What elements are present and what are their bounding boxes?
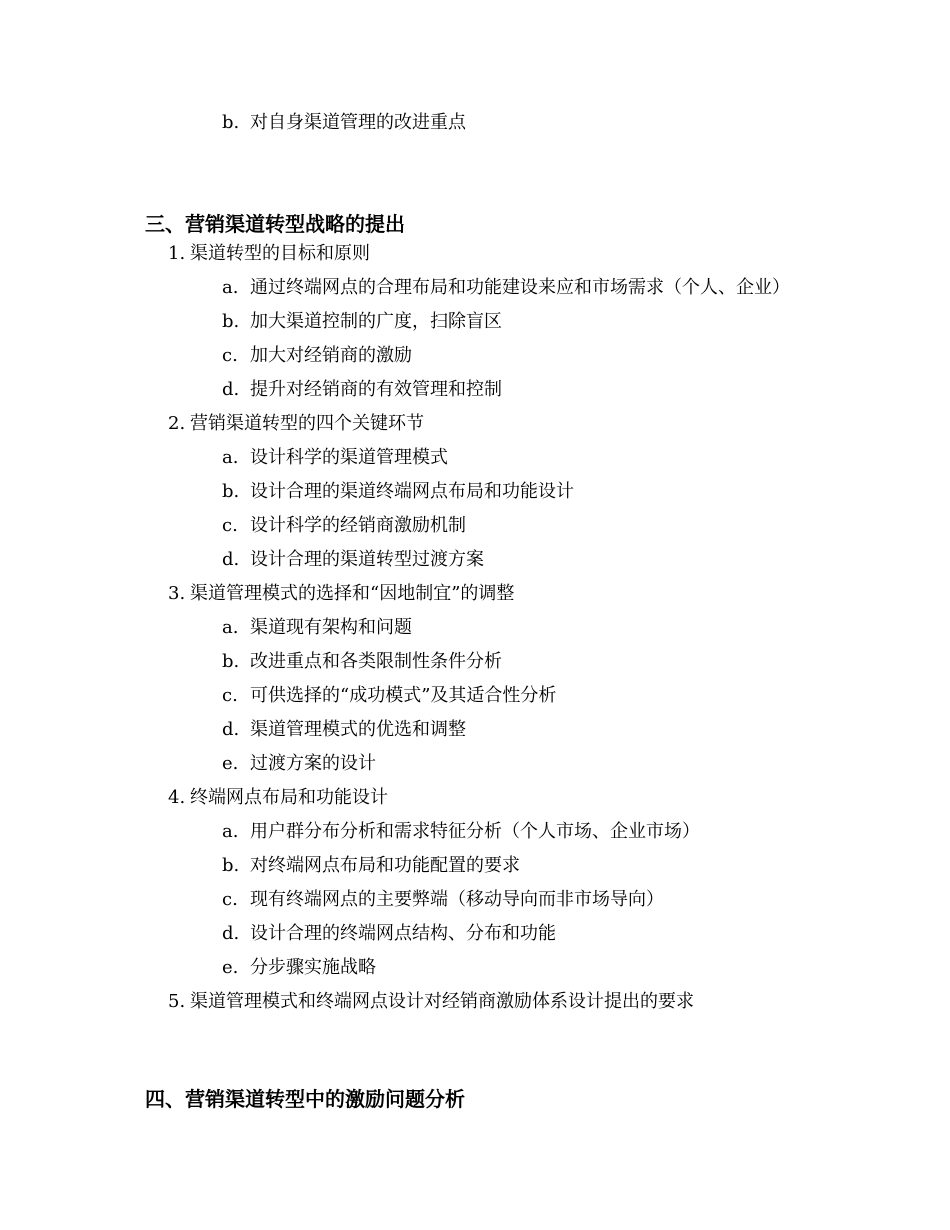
list-item-text: 设计合理的渠道转型过渡方案 (250, 549, 484, 570)
blank-space (145, 1025, 920, 1086)
numbered-item-5: 5.渠道管理模式和终端网点设计对经销商激励体系设计提出的要求 (168, 991, 920, 1013)
list-item-text: 营销渠道转型的四个关键环节 (190, 413, 424, 434)
list-item-marker: b. (222, 481, 250, 503)
lettered-item-2a: a.设计科学的渠道管理模式 (222, 447, 920, 469)
list-item-marker: 2. (168, 413, 190, 435)
list-item-marker: 4. (168, 787, 190, 809)
list-item-marker: a. (222, 617, 250, 639)
list-item-marker: a. (222, 821, 250, 843)
list-item-marker: d. (222, 549, 250, 571)
list-item-text: 加大渠道控制的广度，扫除盲区 (250, 311, 502, 332)
list-item-marker: d. (222, 923, 250, 945)
lettered-item-2c: c.设计科学的经销商激励机制 (222, 515, 920, 537)
list-item-text: 通过终端网点的合理布局和功能建设来应和市场需求（个人、企业） (250, 277, 790, 298)
list-item-marker: b. (222, 311, 250, 333)
list-item-marker: d. (222, 379, 250, 401)
list-item-text: 对自身渠道管理的改进重点 (250, 112, 466, 133)
lettered-item-4c: c.现有终端网点的主要弊端（移动导向而非市场导向） (222, 889, 920, 911)
numbered-item-2: 2.营销渠道转型的四个关键环节 (168, 413, 920, 435)
list-item-text: 过渡方案的设计 (250, 753, 376, 774)
list-item-text: 终端网点布局和功能设计 (190, 787, 388, 808)
list-item-text: 对终端网点布局和功能配置的要求 (250, 855, 520, 876)
list-item-text: 设计科学的经销商激励机制 (250, 515, 466, 536)
list-item-text: 可供选择的“成功模式”及其适合性分析 (250, 685, 556, 706)
section-heading-4: 四、营销渠道转型中的激励问题分析 (145, 1086, 920, 1112)
list-item-marker: e. (222, 957, 250, 979)
list-item-marker: c. (222, 345, 250, 367)
lettered-item-1c: c.加大对经销商的激励 (222, 345, 920, 367)
document-content: b.对自身渠道管理的改进重点 三、营销渠道转型战略的提出 1.渠道转型的目标和原… (0, 0, 950, 1112)
lettered-item-3a: a.渠道现有架构和问题 (222, 617, 920, 639)
list-item-marker: a. (222, 447, 250, 469)
section-heading-3: 三、营销渠道转型战略的提出 (145, 211, 920, 237)
lettered-item-3d: d.渠道管理模式的优选和调整 (222, 719, 920, 741)
lettered-item-1a: a.通过终端网点的合理布局和功能建设来应和市场需求（个人、企业） (222, 277, 920, 299)
list-item-marker: c. (222, 515, 250, 537)
lettered-item-4a: a.用户群分布分析和需求特征分析（个人市场、企业市场） (222, 821, 920, 843)
list-item-intro-b: b.对自身渠道管理的改进重点 (222, 112, 920, 134)
numbered-item-4: 4.终端网点布局和功能设计 (168, 787, 920, 809)
list-item-text: 用户群分布分析和需求特征分析（个人市场、企业市场） (250, 821, 700, 842)
list-item-marker: 1. (168, 243, 190, 265)
numbered-item-3: 3.渠道管理模式的选择和“因地制宜”的调整 (168, 583, 920, 605)
lettered-item-4e: e.分步骤实施战略 (222, 957, 920, 979)
list-item-text: 渠道转型的目标和原则 (190, 243, 370, 264)
list-item-text: 渠道管理模式的选择和“因地制宜”的调整 (190, 583, 514, 604)
list-item-marker: b. (222, 855, 250, 877)
list-item-marker: a. (222, 277, 250, 299)
lettered-item-4b: b.对终端网点布局和功能配置的要求 (222, 855, 920, 877)
list-item-marker: e. (222, 753, 250, 775)
list-item-marker: c. (222, 685, 250, 707)
lettered-item-2d: d.设计合理的渠道转型过渡方案 (222, 549, 920, 571)
numbered-item-1: 1.渠道转型的目标和原则 (168, 243, 920, 265)
list-item-marker: 3. (168, 583, 190, 605)
lettered-item-3b: b.改进重点和各类限制性条件分析 (222, 651, 920, 673)
lettered-item-3e: e.过渡方案的设计 (222, 753, 920, 775)
lettered-item-1b: b.加大渠道控制的广度，扫除盲区 (222, 311, 920, 333)
list-item-text: 设计合理的渠道终端网点布局和功能设计 (250, 481, 574, 502)
list-item-marker: d. (222, 719, 250, 741)
document-page: b.对自身渠道管理的改进重点 三、营销渠道转型战略的提出 1.渠道转型的目标和原… (0, 0, 950, 1230)
list-item-text: 现有终端网点的主要弊端（移动导向而非市场导向） (250, 889, 664, 910)
list-item-marker: 5. (168, 991, 190, 1013)
lettered-item-2b: b.设计合理的渠道终端网点布局和功能设计 (222, 481, 920, 503)
list-item-text: 改进重点和各类限制性条件分析 (250, 651, 502, 672)
list-item-text: 加大对经销商的激励 (250, 345, 412, 366)
list-item-text: 渠道管理模式和终端网点设计对经销商激励体系设计提出的要求 (190, 991, 694, 1012)
list-item-marker: b. (222, 112, 250, 134)
list-item-marker: b. (222, 651, 250, 673)
list-item-text: 设计合理的终端网点结构、分布和功能 (250, 923, 556, 944)
blank-space (145, 146, 920, 211)
list-item-text: 渠道现有架构和问题 (250, 617, 412, 638)
lettered-item-1d: d.提升对经销商的有效管理和控制 (222, 379, 920, 401)
lettered-item-4d: d.设计合理的终端网点结构、分布和功能 (222, 923, 920, 945)
list-item-text: 设计科学的渠道管理模式 (250, 447, 448, 468)
list-item-text: 渠道管理模式的优选和调整 (250, 719, 466, 740)
lettered-item-3c: c.可供选择的“成功模式”及其适合性分析 (222, 685, 920, 707)
list-item-text: 提升对经销商的有效管理和控制 (250, 379, 502, 400)
list-item-marker: c. (222, 889, 250, 911)
list-item-text: 分步骤实施战略 (250, 957, 376, 978)
